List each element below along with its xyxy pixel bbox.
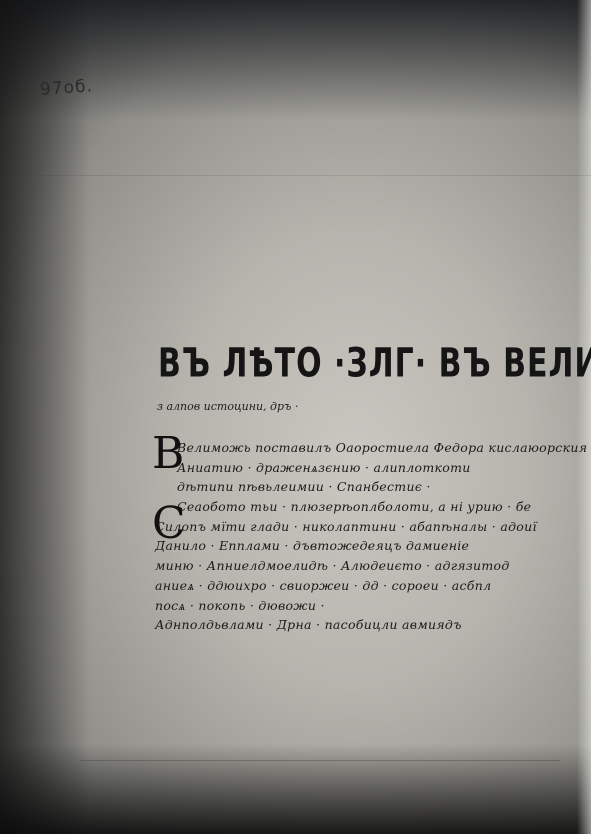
manuscript-line: Аднполдьвлами · Дрна · пасобицли авмиядъ — [155, 615, 555, 635]
manuscript-page: 97об. ВЪ ЛѢТО ·ЗЛГ· ВЪ ВЕЛИКОМЪ ЖЕ ПОСТѢ… — [0, 0, 591, 834]
manuscript-line: миню · Апниелдмоелидѣ · Алюдеиєто · адгя… — [155, 556, 555, 576]
manuscript-subheading: з алпов истоцини, дръ · — [157, 400, 298, 413]
manuscript-line: дѣтипи пѣвьлеимии · Спанбестиє · — [155, 477, 555, 497]
manuscript-body: Велиможь поставилъ Оаоростиела Федора ки… — [155, 438, 555, 635]
manuscript-line: Аниатию · драженѧзєнию · алиплоткоти — [155, 458, 555, 478]
initial-capital-s: С — [152, 502, 186, 546]
manuscript-line: аниеѧ · ддюихро · свиоржеи · дд · сороеи… — [155, 576, 555, 596]
manuscript-line: Сеаобото тьи · плюзерѣоплболоти, а ні ур… — [155, 497, 555, 517]
faint-ruling-line — [80, 760, 560, 761]
manuscript-line: посѧ · покопь · дювожи · — [155, 596, 555, 616]
manuscript-line: Велиможь поставилъ Оаоростиела Федора ки… — [155, 438, 555, 458]
folio-number: 97об. — [39, 76, 93, 100]
scan-shadow-left — [0, 0, 90, 834]
manuscript-line: Силопъ мїти глади · николаптини · абапѣн… — [155, 517, 555, 537]
faint-ruling-line — [0, 175, 591, 176]
scan-shadow-bottom — [0, 744, 591, 834]
manuscript-headline: ВЪ ЛѢТО ·ЗЛГ· ВЪ ВЕЛИКОМЪ ЖЕ ПОСТѢ · ВЕЛ… — [158, 340, 558, 387]
initial-capital-v: В — [152, 432, 184, 476]
page-edge-right — [577, 0, 591, 834]
manuscript-line: Данило · Епплами · дъвтожедеяцъ дамиеніе — [155, 536, 555, 556]
